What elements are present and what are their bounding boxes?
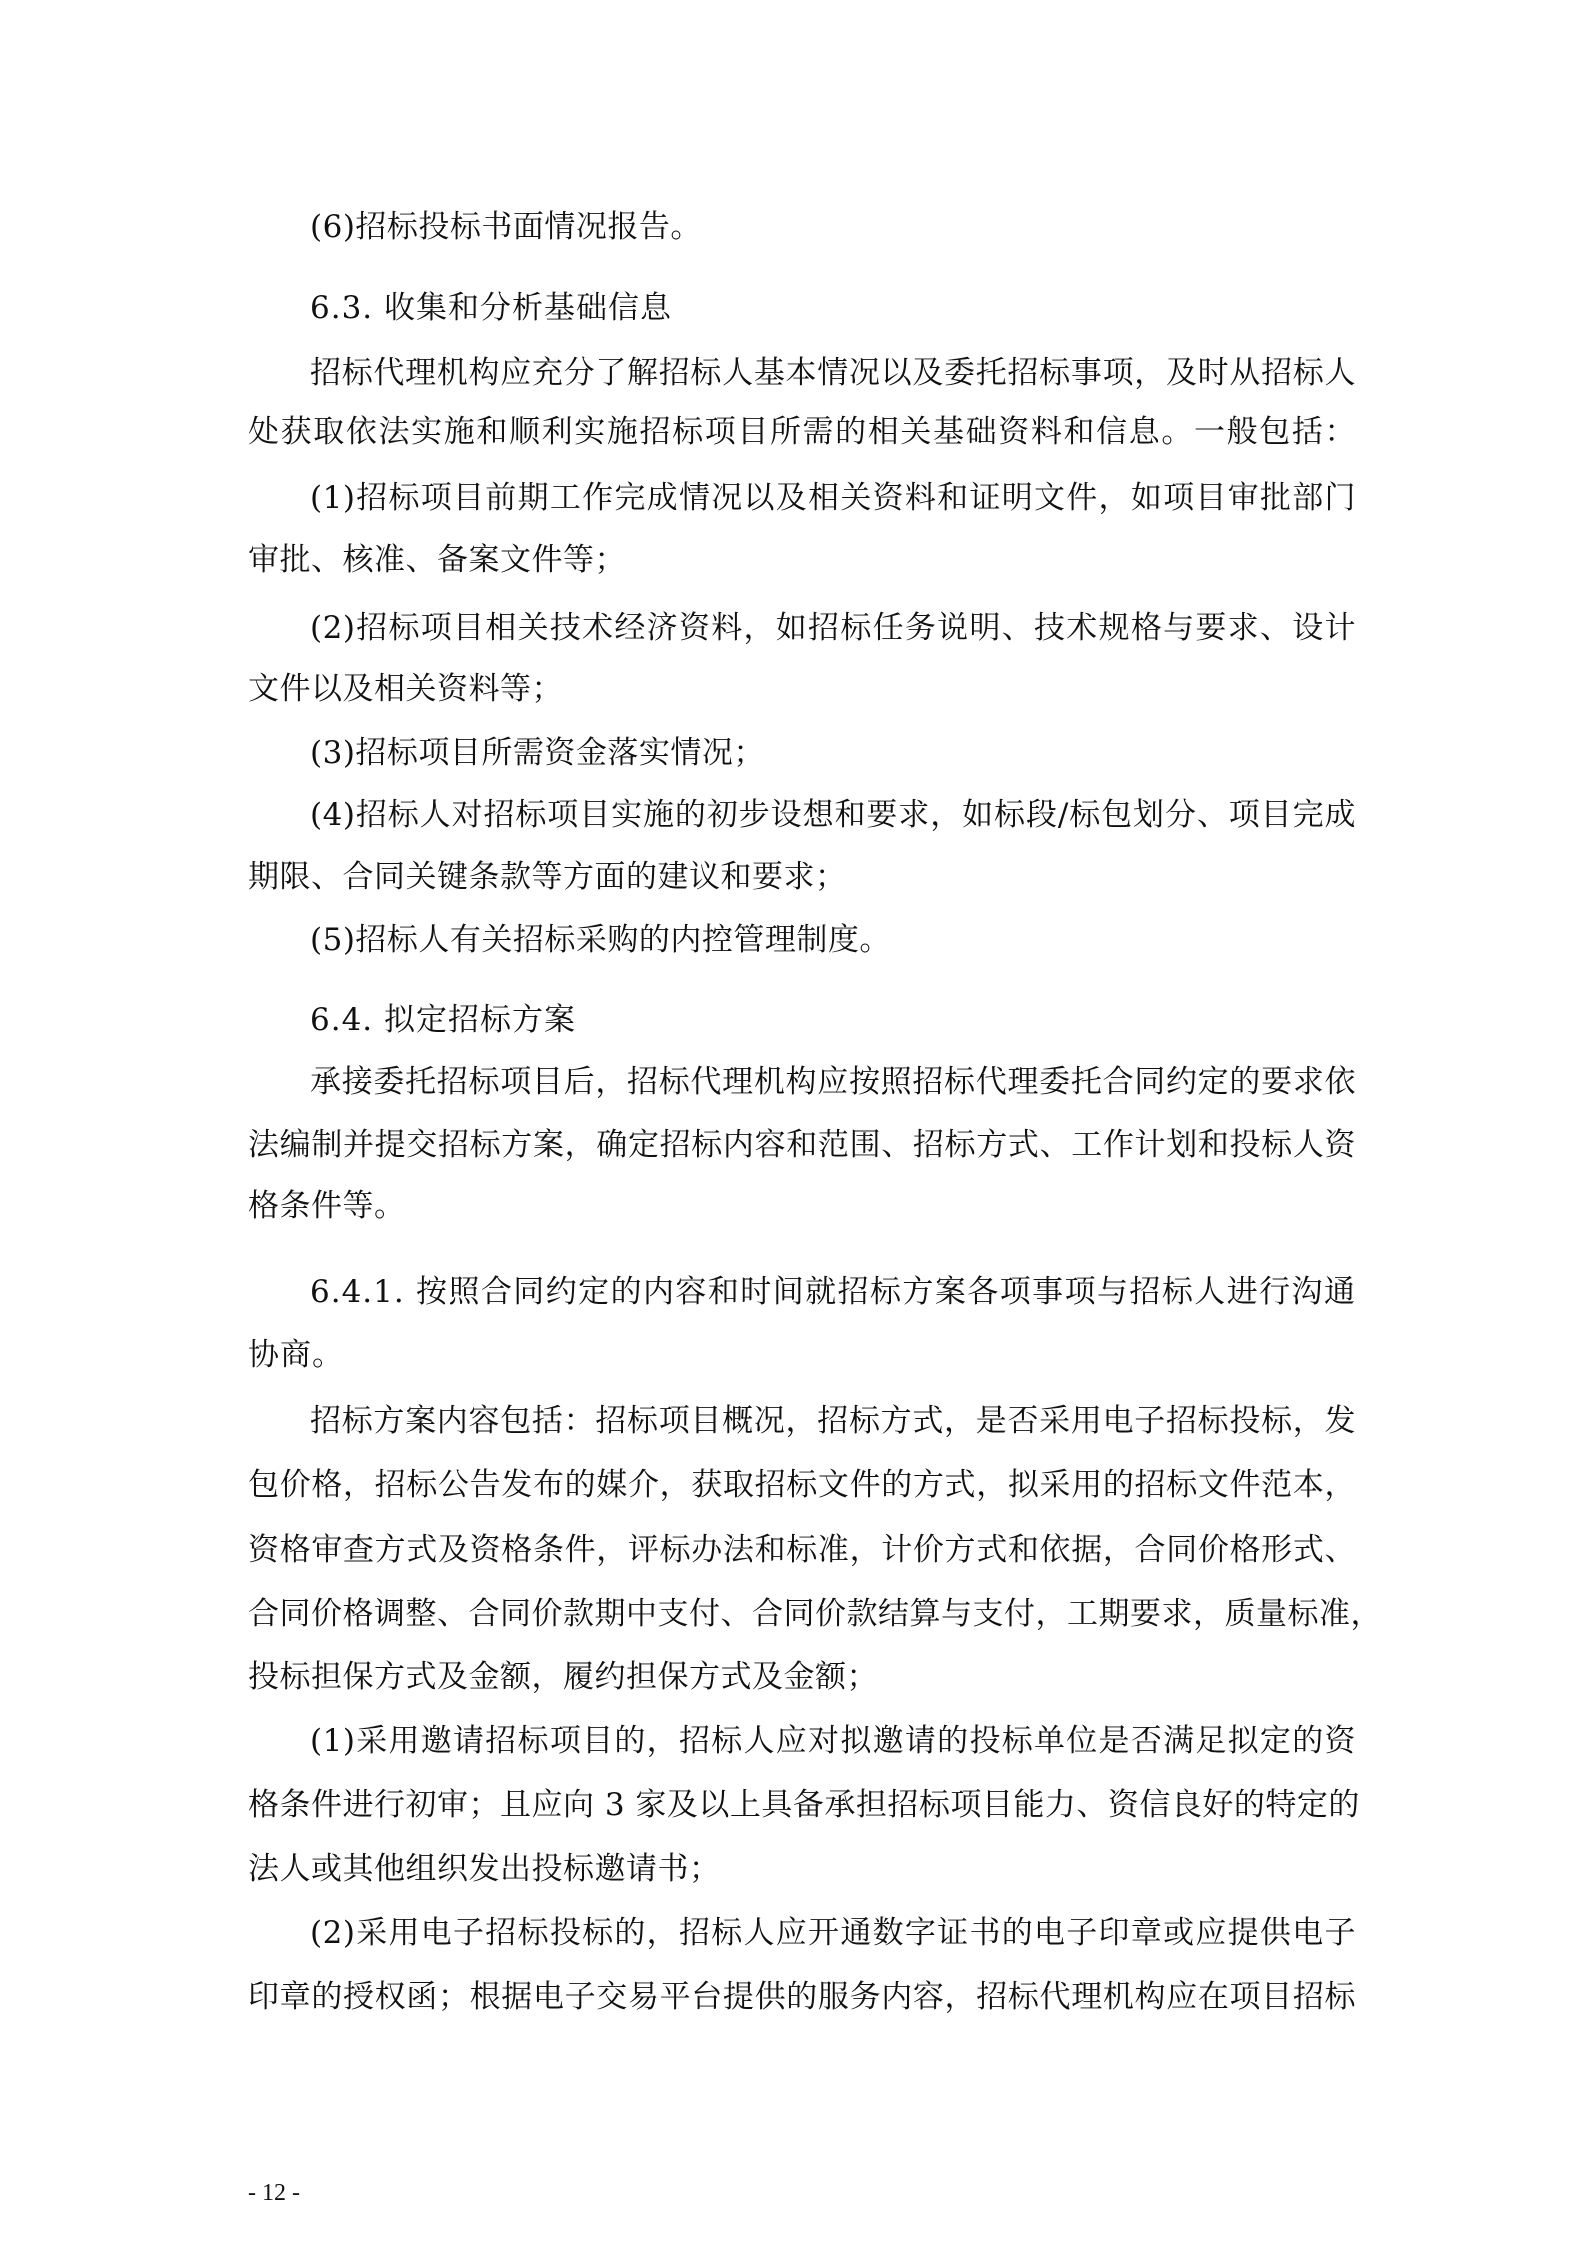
paragraph-line: 承接委托招标项目后，招标代理机构应按照招标代理委托合同约定的要求依 (310, 1060, 1356, 1104)
section-heading-line: 6.3. 收集和分析基础信息 (310, 286, 1356, 330)
paragraph-line: 招标代理机构应充分了解招标人基本情况以及委托招标事项，及时从招标人 (310, 351, 1356, 395)
list-item-line: 审批、核准、备案文件等； (248, 538, 1356, 582)
list-item-line: 法人或其他组织发出投标邀请书； (248, 1847, 1356, 1891)
subsection-heading-line: 6.4.1. 按照合同约定的内容和时间就招标方案各项事项与招标人进行沟通 (310, 1270, 1356, 1314)
list-item-line: (2)招标项目相关技术经济资料，如招标任务说明、技术规格与要求、设计 (310, 606, 1356, 650)
list-item-line: 文件以及相关资料等； (248, 667, 1356, 711)
list-item-line: 格条件进行初审；且应向 3 家及以上具备承担招标项目能力、资信良好的特定的 (248, 1783, 1356, 1827)
list-item-line: 期限、合同关键条款等方面的建议和要求； (248, 855, 1356, 899)
list-item-line: 印章的授权函；根据电子交易平台提供的服务内容，招标代理机构应在项目招标 (248, 1975, 1356, 2019)
list-item-line: (4)招标人对招标项目实施的初步设想和要求，如标段/标包划分、项目完成 (310, 793, 1356, 837)
paragraph-line: 资格审查方式及资格条件，评标办法和标准，计价方式和依据，合同价格形式、 (248, 1528, 1356, 1572)
list-item-line: (1)采用邀请招标项目的，招标人应对拟邀请的投标单位是否满足拟定的资 (310, 1719, 1356, 1763)
list-item-line: (1)招标项目前期工作完成情况以及相关资料和证明文件，如项目审批部门 (310, 476, 1356, 520)
section-heading-line: 6.4. 拟定招标方案 (310, 998, 1356, 1042)
paragraph-line: 合同价格调整、合同价款期中支付、合同价款结算与支付，工期要求，质量标准， (248, 1592, 1356, 1636)
paragraph-line: 包价格，招标公告发布的媒介，获取招标文件的方式，拟采用的招标文件范本， (248, 1463, 1356, 1507)
subsection-heading-line: 协商。 (248, 1333, 1356, 1377)
paragraph-line: 招标方案内容包括：招标项目概况，招标方式，是否采用电子招标投标，发 (310, 1399, 1356, 1443)
page-number: - 12 - (248, 2176, 300, 2210)
paragraph-line: 法编制并提交招标方案，确定招标内容和范围、招标方式、工作计划和投标人资 (248, 1123, 1356, 1167)
list-item-line: (6)招标投标书面情况报告。 (310, 205, 1356, 249)
paragraph-line: 处获取依法实施和顺利实施招标项目所需的相关基础资料和信息。一般包括： (248, 410, 1356, 454)
list-item-line: (2)采用电子招标投标的，招标人应开通数字证书的电子印章或应提供电子 (310, 1911, 1356, 1955)
paragraph-line: 格条件等。 (248, 1184, 1356, 1228)
list-item-line: (3)招标项目所需资金落实情况； (310, 731, 1356, 775)
list-item-line: (5)招标人有关招标采购的内控管理制度。 (310, 918, 1356, 962)
paragraph-line: 投标担保方式及金额，履约担保方式及金额； (248, 1655, 1356, 1699)
